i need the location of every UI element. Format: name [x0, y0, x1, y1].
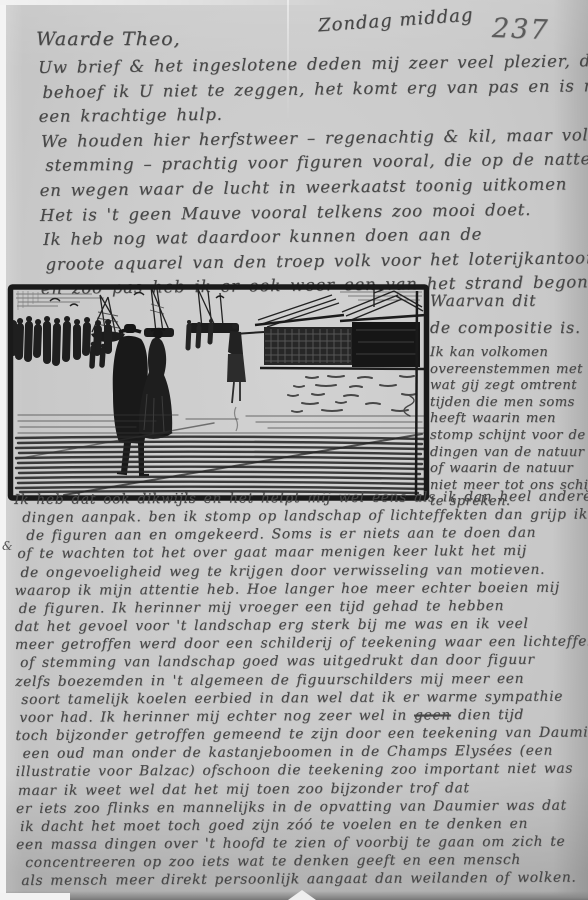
- paragraph-main: Ik heb dat ook dikwijls en het helpt mij…: [14, 488, 582, 891]
- letter-page: Zondag middag 237 Waarde Theo, Uw brief …: [0, 0, 588, 900]
- sketch-sky-hatching: [16, 291, 422, 310]
- sketch-beach-hatching: [16, 415, 424, 495]
- letter-line: heeft waarin men: [430, 411, 584, 428]
- sketch-birds: [50, 293, 224, 307]
- paragraph-opening: Uw brief & het ingeslotene deden mij zee…: [38, 49, 577, 301]
- scan-edge-top: [0, 0, 340, 5]
- letter-number: 237: [491, 13, 550, 46]
- letter-date-annotation: Zondag middag: [317, 5, 474, 37]
- letter-line: Waarvan dit: [430, 288, 584, 315]
- scan-corner-bottom-left: [0, 893, 70, 900]
- letter-line: illustratie voor Balzac) ofschoon die te…: [16, 760, 582, 782]
- letter-line: wat gij zegt omtrent: [430, 378, 584, 395]
- letter-line: overeenstemmen met: [430, 362, 584, 379]
- letter-line: als mensch meer direkt persoonlijk aanga…: [21, 869, 582, 891]
- sketch-crowd: [13, 319, 108, 366]
- letter-line: de compositie is.: [430, 315, 584, 342]
- letter-line: of waarin de natuur: [430, 461, 584, 478]
- sketch-walking-figure: [227, 326, 246, 431]
- sketch-pavilion: [234, 284, 426, 369]
- strike-line-pre: voor had. Ik herinner mij echter nog zee…: [19, 707, 414, 725]
- sketch-wet-sand-reflections: [288, 376, 416, 416]
- letter-line: Ik kan volkomen: [430, 345, 584, 362]
- paragraph-beside-sketch: Waarvan dit de compositie is. Ik kan vol…: [430, 288, 584, 511]
- letter-line: stomp schijnt voor de: [430, 428, 584, 445]
- salutation: Waarde Theo,: [36, 28, 181, 50]
- strike-line-post: dien tijd: [451, 707, 524, 723]
- letter-line: tijden die men soms: [430, 395, 584, 412]
- struck-word: geen: [414, 707, 451, 723]
- sketch-ships: [91, 287, 239, 342]
- paper-tear: [288, 890, 316, 900]
- beach-sketch: [6, 282, 434, 506]
- margin-mark: &: [2, 539, 13, 553]
- letter-line: dingen van de natuur: [430, 445, 584, 462]
